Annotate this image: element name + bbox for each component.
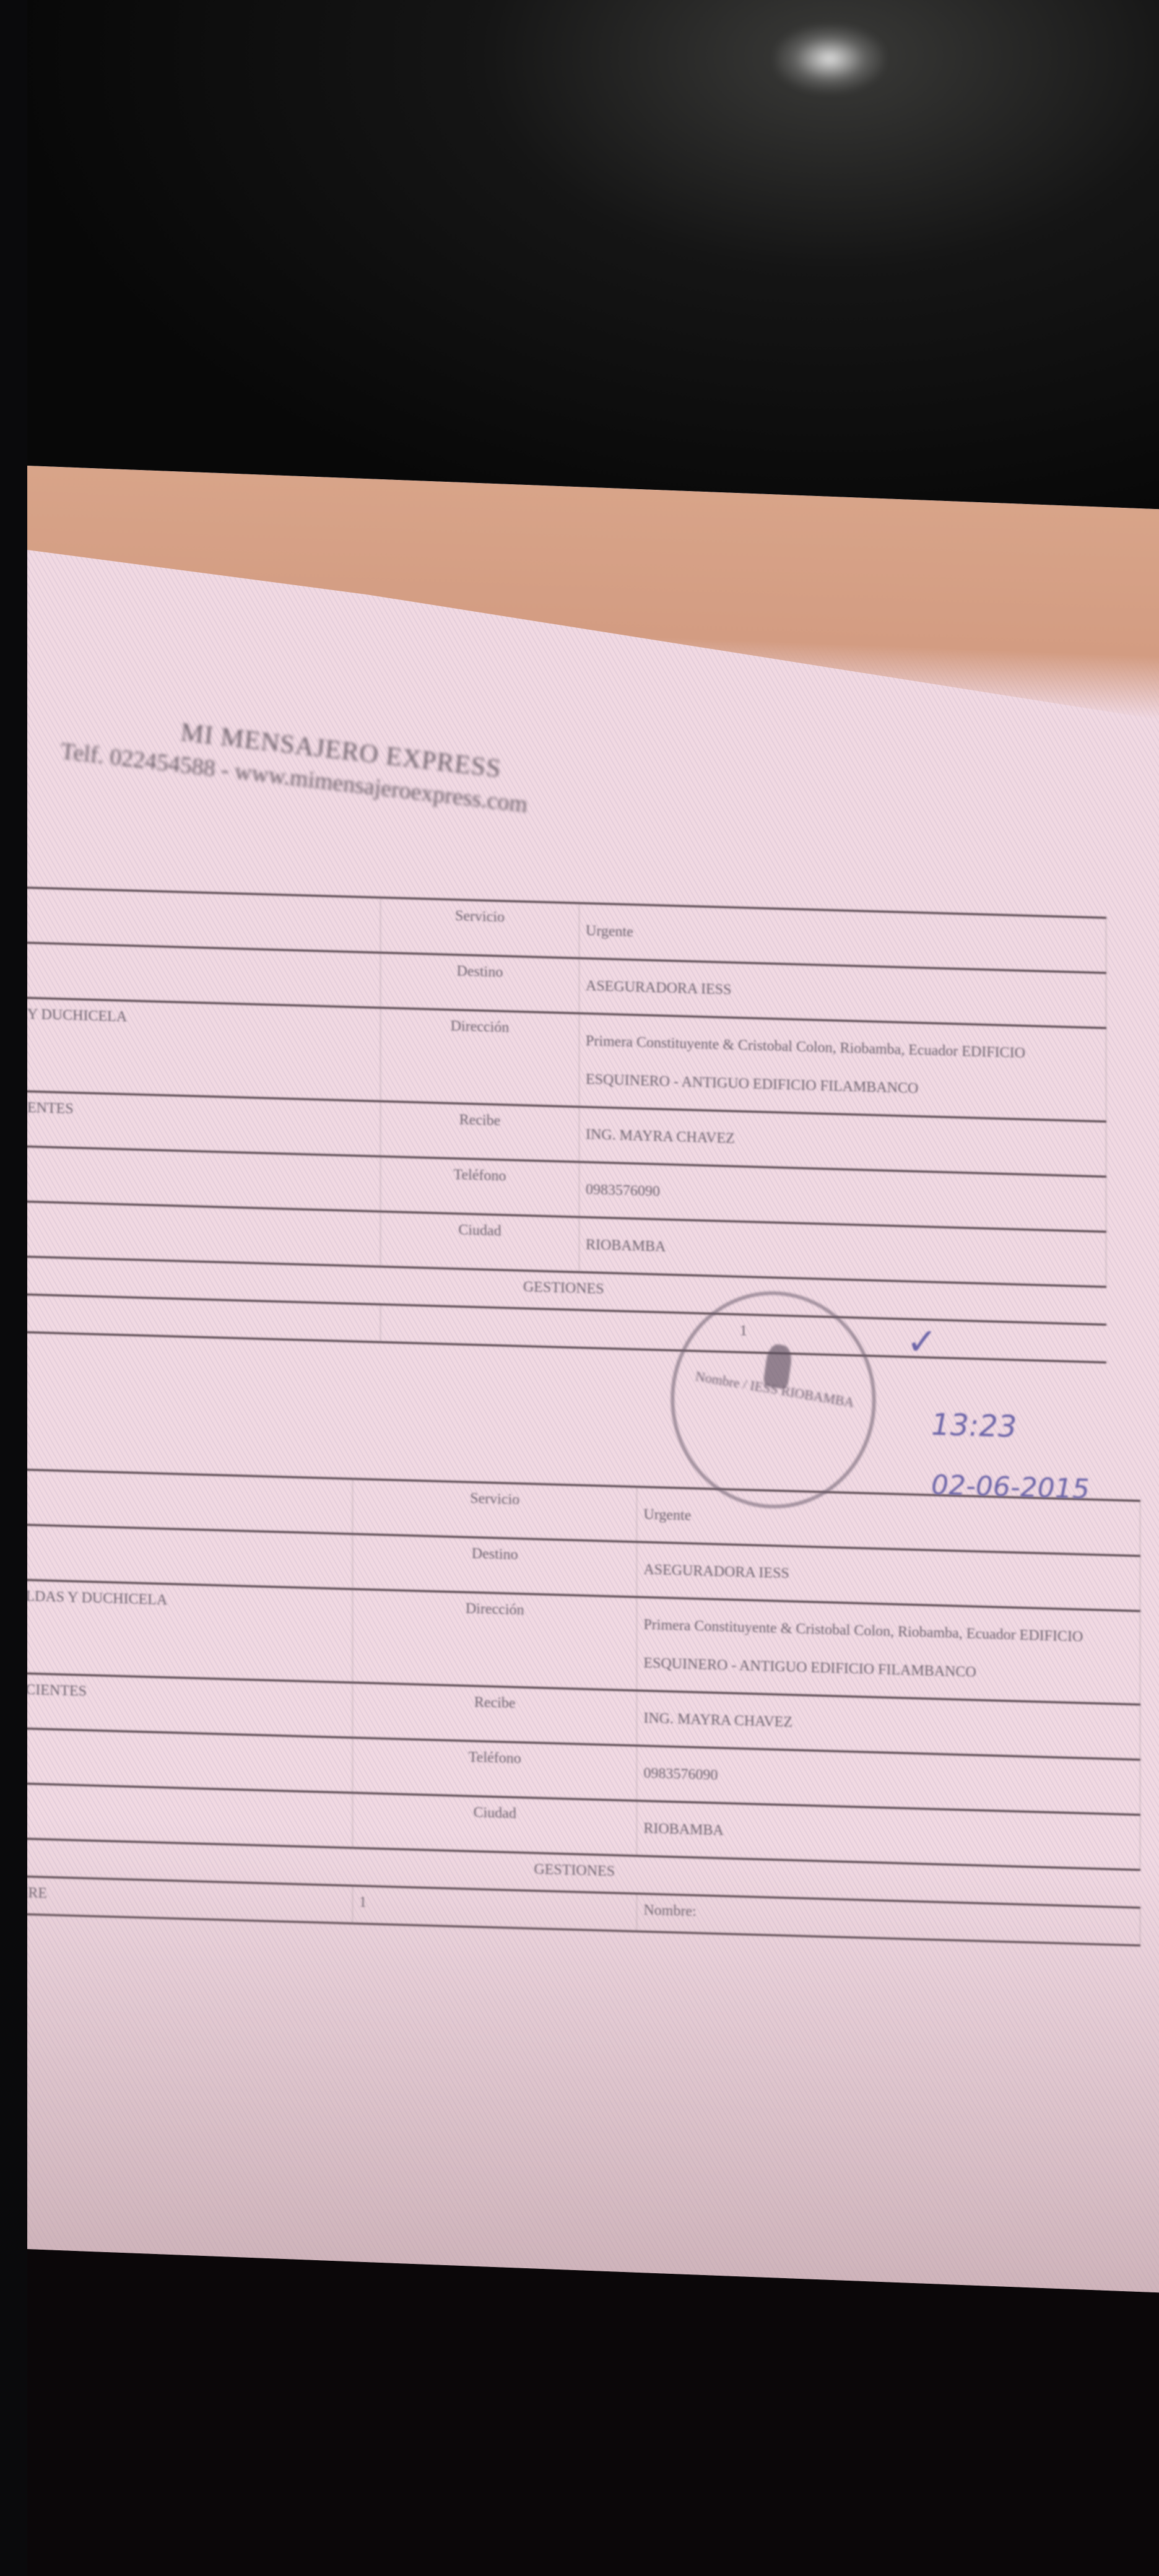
field-label: Teléfono — [381, 1156, 579, 1217]
handwritten-date: 02-06-2015 — [931, 1469, 1090, 1505]
handwritten-check-mark: ✓ — [906, 1320, 937, 1364]
document-paper: MI MENSAJERO EXPRESS Telf. 022454588 - w… — [27, 466, 1159, 2292]
delivery-slip-1: Servicio Urgente Destino ASEGURADORA IES… — [27, 887, 1106, 1364]
field-label: Servicio — [353, 1479, 637, 1542]
bottom-shadow — [27, 1816, 1159, 2292]
sender-name: Y DUCHICELA — [27, 998, 381, 1101]
field-label: Recibe — [353, 1682, 637, 1746]
document-header: MI MENSAJERO EXPRESS Telf. 022454588 - w… — [176, 718, 531, 819]
field-value: Primera Constituyente & Cristobal Colon,… — [637, 1597, 1140, 1705]
field-label: Destino — [353, 1534, 637, 1597]
field-value: Primera Constituyente & Cristobal Colon,… — [579, 1013, 1106, 1121]
sender-label: ENTES — [27, 1091, 381, 1156]
field-label: Dirección — [353, 1589, 637, 1690]
field-label: Teléfono — [353, 1738, 637, 1801]
sender-name: ALDAS Y DUCHICELA — [27, 1580, 353, 1683]
field-label: Dirección — [381, 1007, 579, 1107]
light-glare — [774, 25, 885, 93]
field-label: Servicio — [381, 897, 579, 958]
sender-label: ACIENTES — [27, 1673, 353, 1738]
field-label: Recibe — [381, 1101, 579, 1162]
left-edge-dark — [0, 0, 27, 2576]
field-label: Ciudad — [381, 1211, 579, 1272]
handwritten-time: 13:23 — [931, 1408, 1017, 1445]
field-label: Destino — [381, 952, 579, 1013]
